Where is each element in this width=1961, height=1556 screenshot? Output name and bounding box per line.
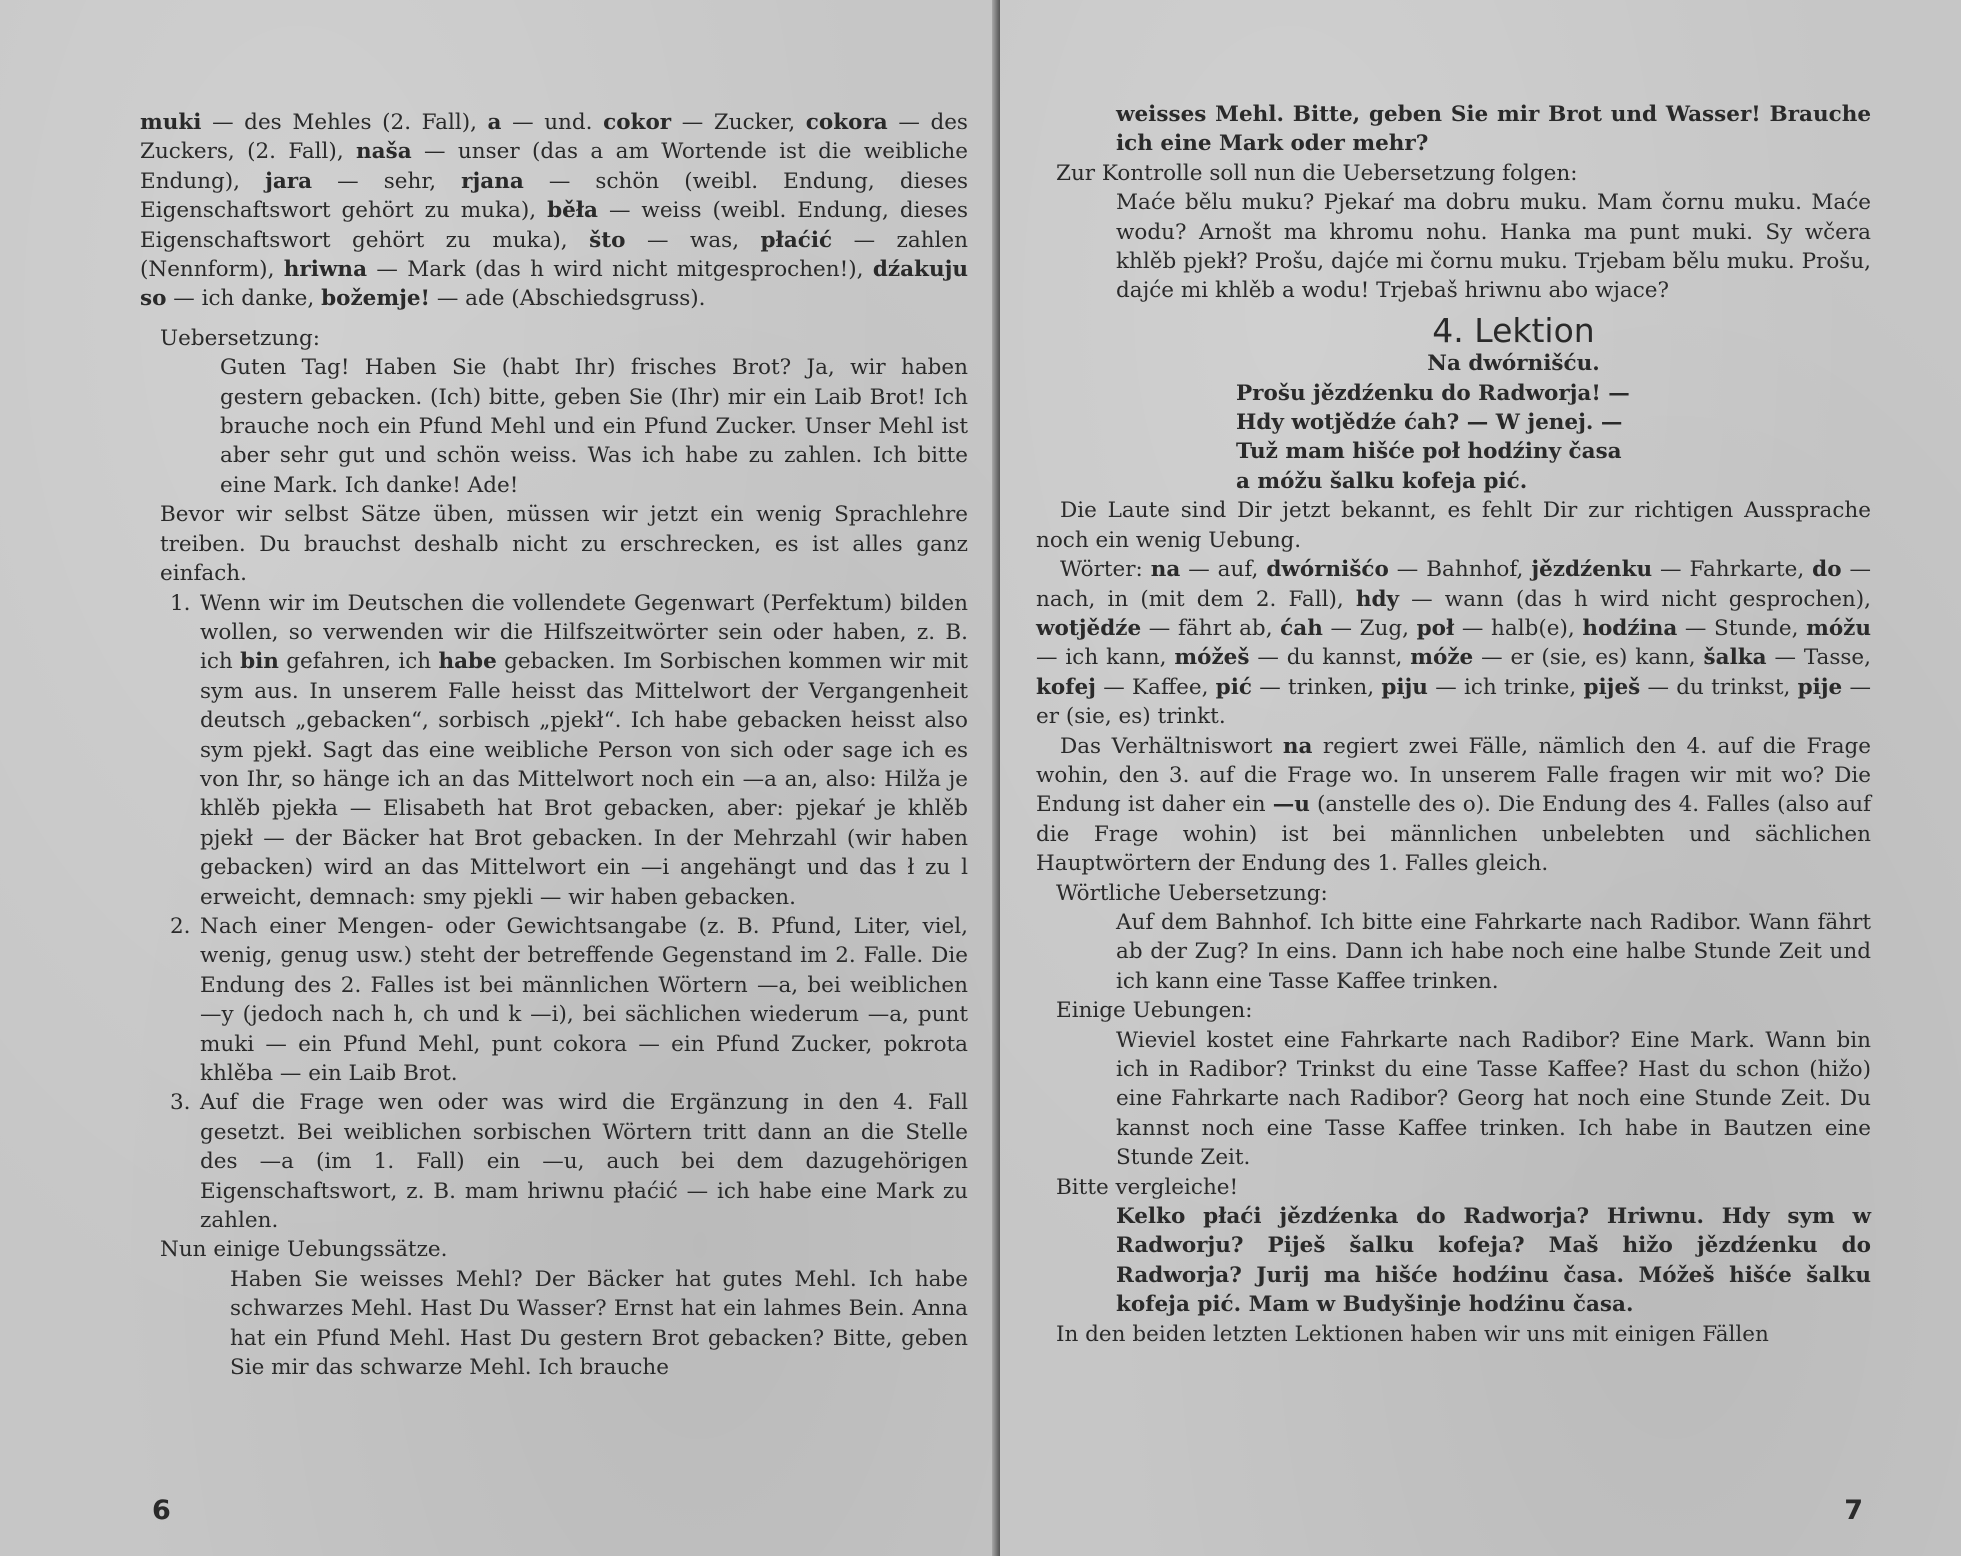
page-number: 6: [152, 1495, 171, 1526]
book-spread: muki — des Mehles (2. Fall), a — und. co…: [0, 0, 1961, 1556]
exercises-heading: Einige Uebungen:: [1036, 996, 1871, 1025]
dialogue-line: Hdy wotjědźe ćah? — W jenej. —: [1036, 408, 1871, 437]
preposition-paragraph: Das Verhältniswort na regiert zwei Fälle…: [1036, 732, 1871, 879]
intro-paragraph: Bevor wir selbst Sätze üben, müssen wir …: [140, 500, 968, 588]
control-translation: Maće bělu muku? Pjekaŕ ma dobru muku. Ma…: [1036, 188, 1871, 306]
dialogue-line: a móžu šalku kofeja pić.: [1036, 467, 1871, 496]
list-number: 3.: [170, 1088, 200, 1235]
exercise-text: Haben Sie weisses Mehl? Der Bäcker hat g…: [140, 1265, 968, 1383]
translation-text: Guten Tag! Haben Sie (habt Ihr) frisches…: [140, 353, 968, 500]
vocabulary-paragraph: Wörter: na — auf, dwórnišćo — Bahnhof, j…: [1036, 555, 1871, 731]
compare-heading: Bitte vergleiche!: [1036, 1173, 1871, 1202]
dialogue-line: Tuž mam hišće poł hodźiny časa: [1036, 437, 1871, 466]
sounds-paragraph: Die Laute sind Dir jetzt bekannt, es feh…: [1036, 496, 1871, 555]
compare-text: Kelko płaći jězdźenka do Radworja? Hriwn…: [1036, 1202, 1871, 1320]
list-number: 1.: [170, 589, 200, 912]
left-page: muki — des Mehles (2. Fall), a — und. co…: [0, 0, 1000, 1556]
list-number: 2.: [170, 912, 200, 1088]
exercise-heading: Nun einige Uebungssätze.: [140, 1235, 968, 1264]
continuation-text: weisses Mehl. Bitte, geben Sie mir Brot …: [1036, 100, 1871, 159]
right-page: weisses Mehl. Bitte, geben Sie mir Brot …: [1000, 0, 1961, 1556]
literal-translation-text: Auf dem Bahnhof. Ich bitte eine Fahrkart…: [1036, 908, 1871, 996]
grammar-point-3: 3. Auf die Frage wen oder was wird die E…: [140, 1088, 968, 1235]
closing-line: In den beiden letzten Lektionen haben wi…: [1036, 1320, 1871, 1349]
grammar-point-2: 2. Nach einer Mengen- oder Gewichtsangab…: [140, 912, 968, 1088]
control-heading: Zur Kontrolle soll nun die Uebersetzung …: [1036, 159, 1871, 188]
translation-heading: Uebersetzung:: [140, 324, 968, 353]
lesson-subtitle: Na dwórnišću.: [1036, 349, 1871, 378]
grammar-point-text: Auf die Frage wen oder was wird die Ergä…: [200, 1088, 968, 1235]
page-number: 7: [1844, 1495, 1863, 1526]
vocabulary-paragraph: muki — des Mehles (2. Fall), a — und. co…: [140, 108, 968, 314]
grammar-point-text: Nach einer Mengen- oder Gewichtsangabe (…: [200, 912, 968, 1088]
dialogue-line: Prošu jězdźenku do Radworja! —: [1036, 379, 1871, 408]
literal-translation-heading: Wörtliche Uebersetzung:: [1036, 879, 1871, 908]
lesson-title: 4. Lektion: [1036, 316, 1871, 345]
grammar-point-text: Wenn wir im Deutschen die vollendete Geg…: [200, 589, 968, 912]
exercises-text: Wieviel kostet eine Fahrkarte nach Radib…: [1036, 1026, 1871, 1173]
grammar-point-1: 1. Wenn wir im Deutschen die vollendete …: [140, 589, 968, 912]
